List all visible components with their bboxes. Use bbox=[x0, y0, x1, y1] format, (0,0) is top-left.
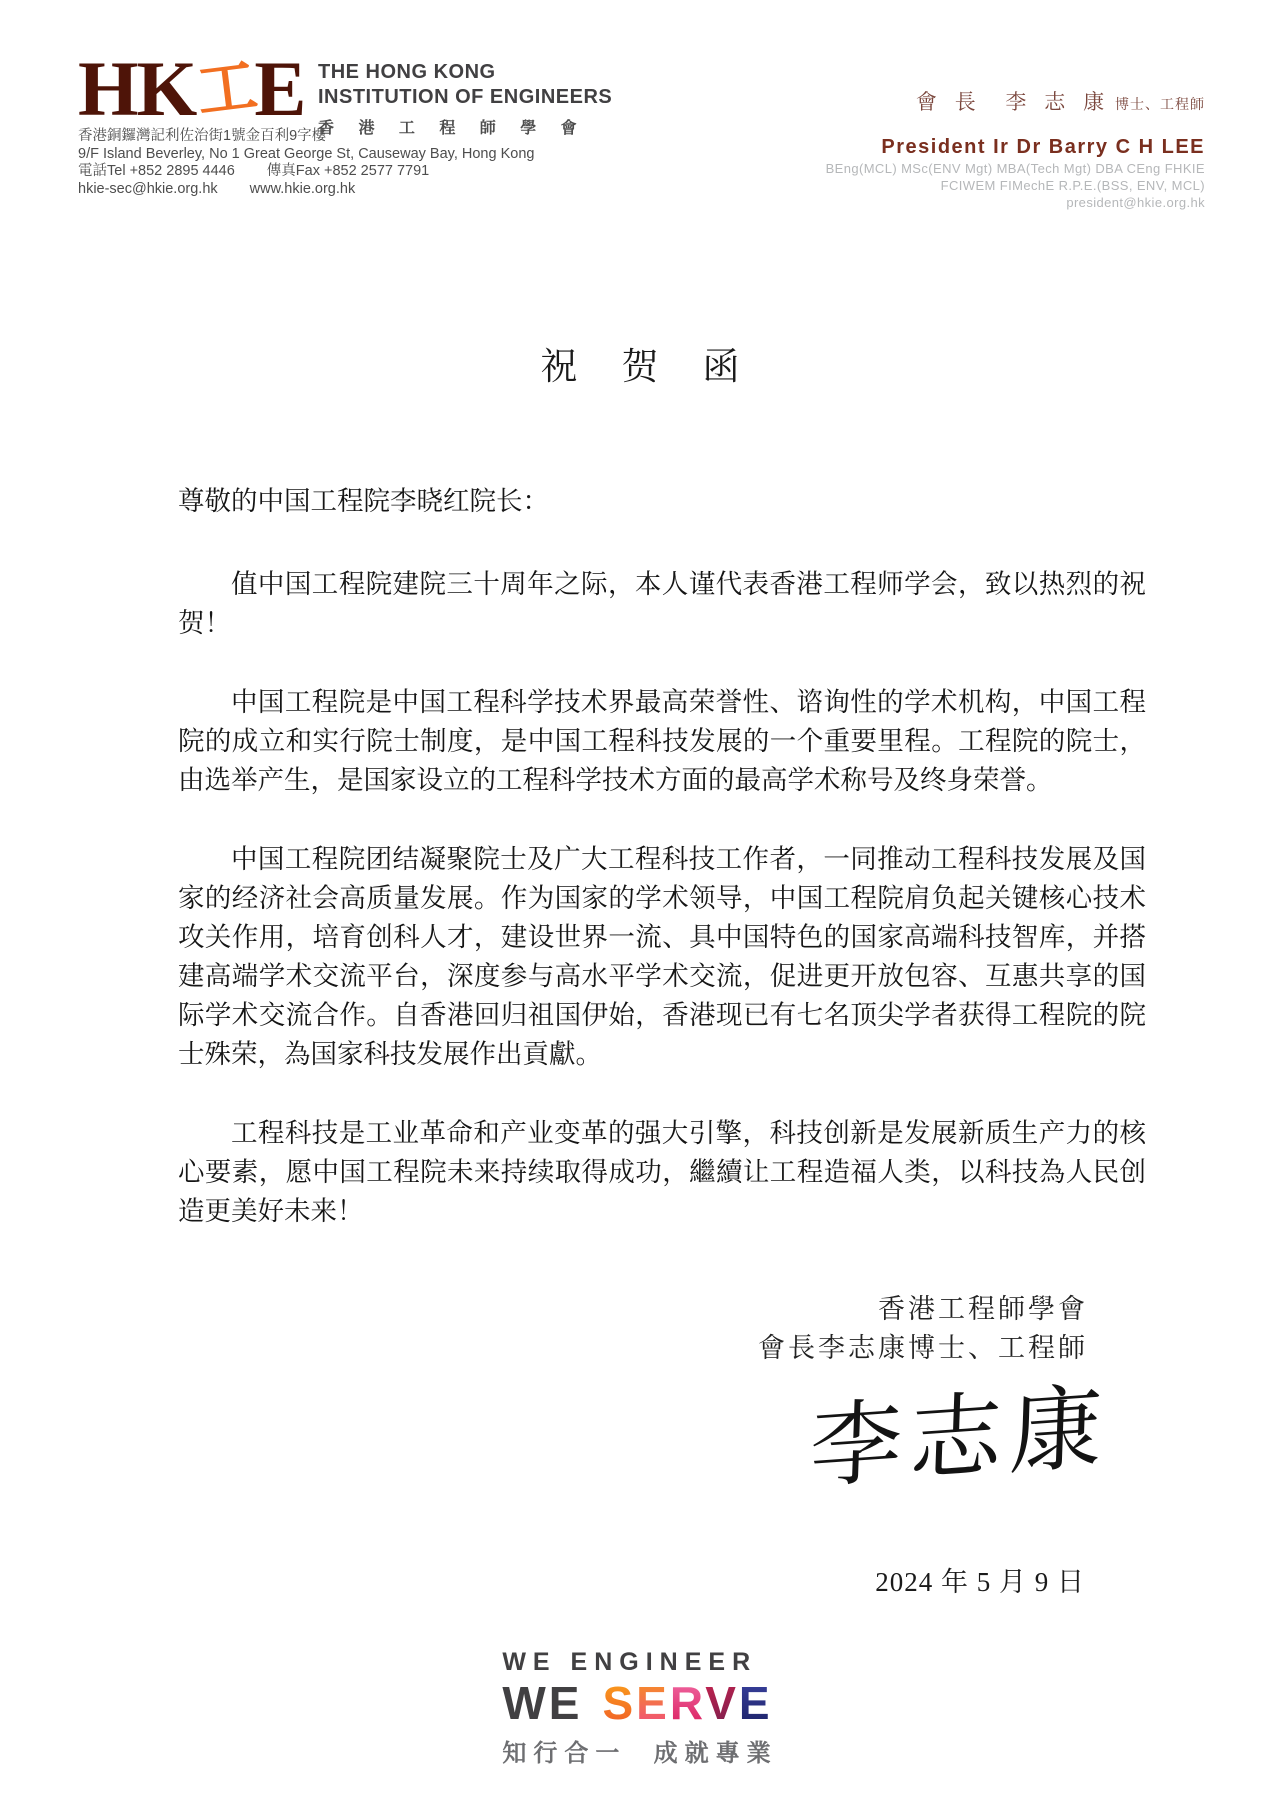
org-name-line1: THE HONG KONG bbox=[318, 60, 612, 85]
president-email: president@hkie.org.hk bbox=[826, 195, 1205, 210]
tagline-we: WE bbox=[502, 1677, 582, 1729]
address-english: 9/F Island Beverley, No 1 Great George S… bbox=[78, 146, 534, 164]
president-block: 會 長 李 志 康 博士、工程師 President Ir Dr Barry C… bbox=[826, 68, 1205, 210]
tagline-we-serve: WESERVE bbox=[502, 1679, 777, 1727]
serve-letter-e2: E bbox=[739, 1677, 773, 1729]
tel-number: 電話Tel +852 2895 4446 bbox=[78, 163, 235, 179]
paragraph-1: 值中国工程院建院三十周年之际，本人谨代表香港工程师学会，致以热烈的祝贺！ bbox=[178, 565, 1146, 643]
paragraph-2: 中国工程院是中国工程科学技术界最高荣誉性、谘询性的学术机构，中国工程院的成立和实… bbox=[178, 683, 1146, 800]
phone-line: 電話Tel +852 2895 4446傳真Fax +852 2577 7791 bbox=[78, 163, 534, 181]
tagline-block: WE ENGINEER WESERVE 知行合一 成就專業 bbox=[502, 1648, 777, 1768]
address-chinese: 香港銅鑼灣記利佐治街1號金百利9字樓 bbox=[78, 128, 534, 146]
president-title-english: President Ir Dr Barry C H LEE bbox=[826, 136, 1205, 159]
signoff-block: 香港工程師學會 會長李志康博士、工程師 bbox=[758, 1290, 1088, 1368]
letter-body: 尊敬的中国工程院李晓红院长： 值中国工程院建院三十周年之际，本人谨代表香港工程师… bbox=[178, 482, 1146, 1271]
website-url: www.hkie.org.hk bbox=[250, 181, 356, 197]
salutation: 尊敬的中国工程院李晓红院长： bbox=[178, 482, 1146, 521]
org-name-line2: INSTITUTION OF ENGINEERS bbox=[318, 85, 612, 110]
president-title-chinese: 會 長 李 志 康 博士、工程師 bbox=[826, 68, 1205, 134]
logo-text-hk: HK bbox=[78, 45, 195, 132]
logo-text-e: E bbox=[254, 45, 304, 132]
handwritten-signature: 李志康 bbox=[809, 1381, 1112, 1494]
president-qualifications-1: BEng(MCL) MSc(ENV Mgt) MBA(Tech Mgt) DBA… bbox=[826, 161, 1205, 176]
paragraph-4: 工程科技是工业革命和产业变革的强大引擎，科技创新是发展新质生产力的核心要素，愿中… bbox=[178, 1114, 1146, 1231]
hkie-logo: HK工E bbox=[78, 50, 304, 128]
serve-letter-r: R bbox=[670, 1677, 705, 1729]
paragraph-3: 中国工程院团结凝聚院士及广大工程科技工作者，一同推动工程科技发展及国家的经济社会… bbox=[178, 840, 1146, 1074]
president-qualifications-2: FCIWEM FIMechE R.P.E.(BSS, ENV, MCL) bbox=[826, 178, 1205, 193]
letter-title: 祝贺函 bbox=[0, 336, 1280, 390]
logo-gong-brush-icon: 工 bbox=[194, 56, 261, 123]
serve-letter-e1: E bbox=[636, 1677, 670, 1729]
serve-letter-s: S bbox=[602, 1677, 636, 1729]
fax-number: 傳真Fax +852 2577 7791 bbox=[267, 163, 429, 179]
secretary-email: hkie-sec@hkie.org.hk bbox=[78, 181, 218, 197]
tagline-chinese-motto: 知行合一 成就專業 bbox=[502, 1733, 777, 1768]
signoff-president: 會長李志康博士、工程師 bbox=[758, 1329, 1088, 1368]
serve-letter-v: V bbox=[705, 1677, 739, 1729]
address-block: 香港銅鑼灣記利佐治街1號金百利9字樓 9/F Island Beverley, … bbox=[78, 128, 534, 198]
org-name-block: THE HONG KONG INSTITUTION OF ENGINEERS 香… bbox=[318, 60, 612, 138]
letter-page: HK工E THE HONG KONG INSTITUTION OF ENGINE… bbox=[0, 0, 1280, 1810]
signoff-organisation: 香港工程師學會 bbox=[758, 1290, 1088, 1329]
web-line: hkie-sec@hkie.org.hkwww.hkie.org.hk bbox=[78, 181, 534, 199]
tagline-we-engineer: WE ENGINEER bbox=[502, 1648, 777, 1677]
letter-date: 2024 年 5 月 9 日 bbox=[875, 1560, 1085, 1599]
